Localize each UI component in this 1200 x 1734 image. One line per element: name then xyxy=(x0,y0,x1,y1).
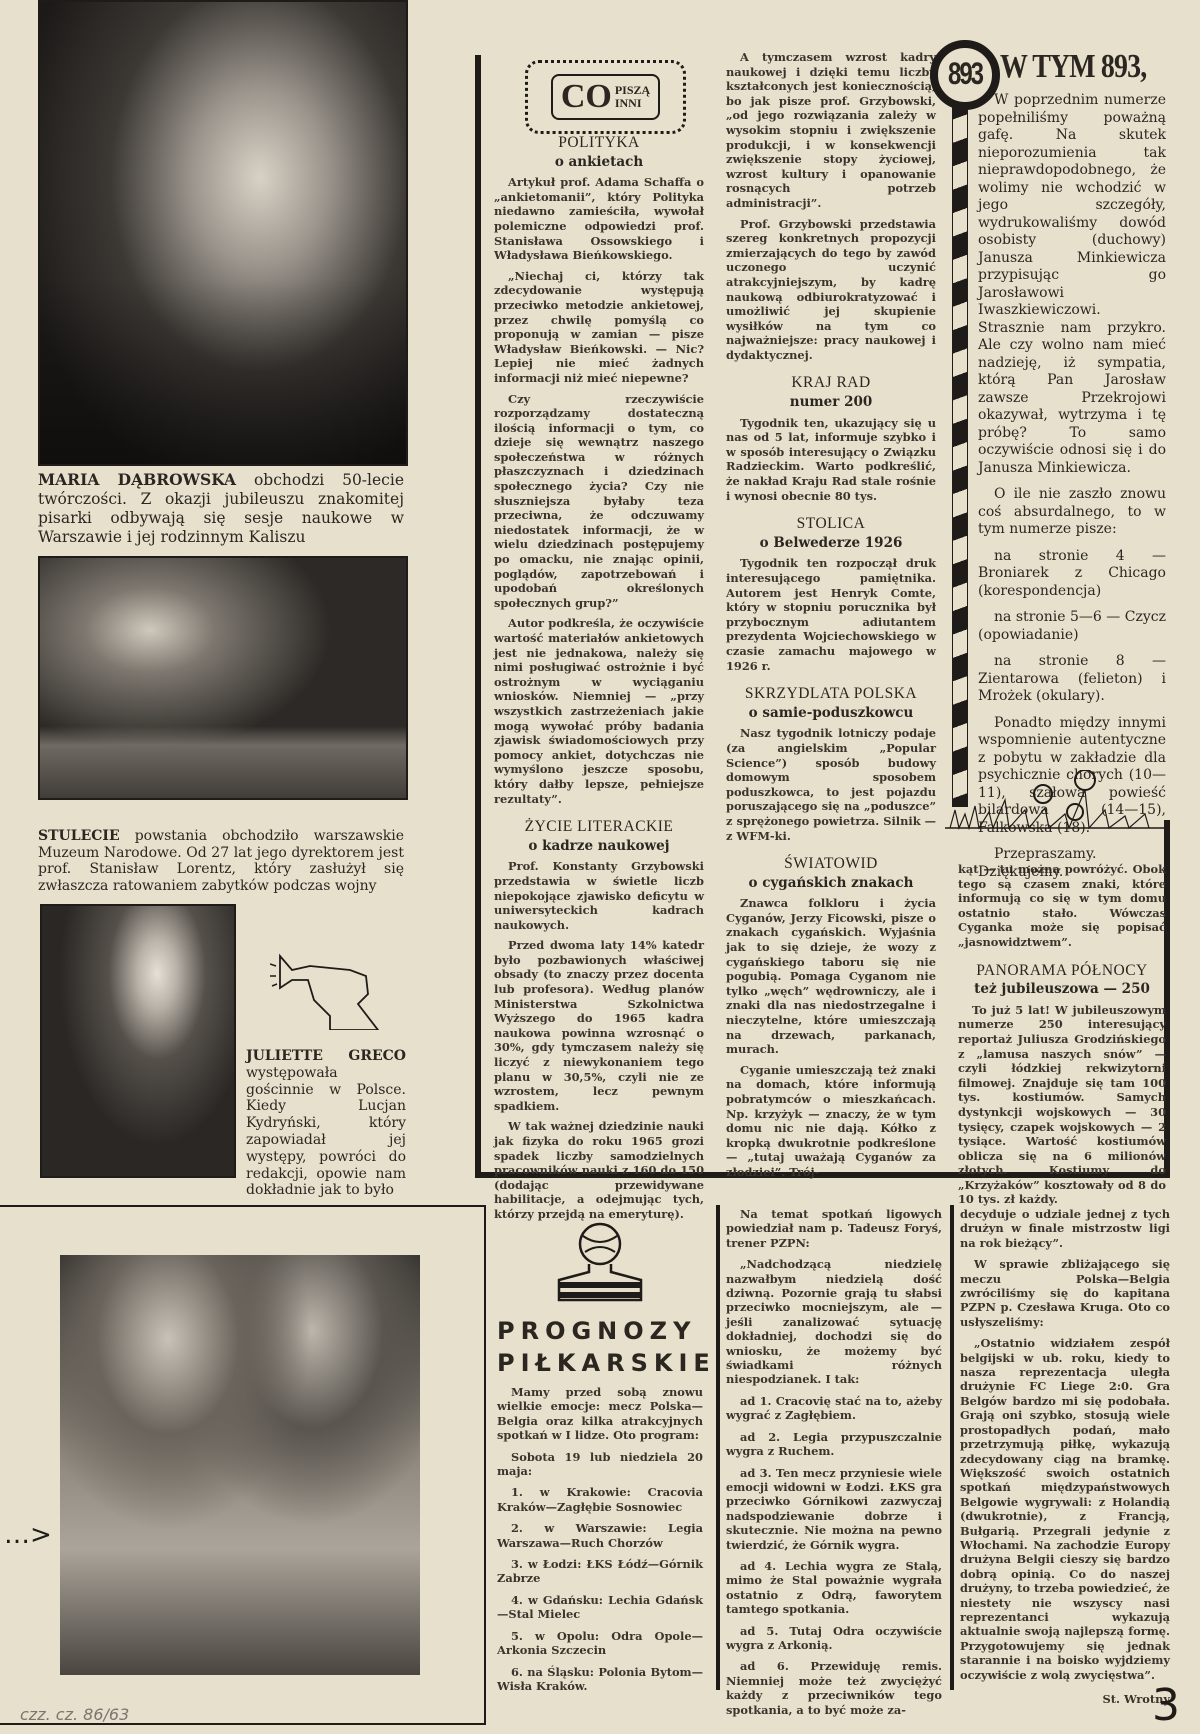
paragraph-intro: Mamy przed sobą znowu wielkie emocje: me… xyxy=(497,1385,703,1443)
paragraph: A tymczasem wzrost kadry naukowej i dzię… xyxy=(726,50,936,211)
caption-text: występowała gościnnie w Polsce. Kiedy Lu… xyxy=(246,1065,406,1199)
match-item: 1. w Krakowie: Cracovia Kraków—Zagłębie … xyxy=(497,1485,703,1514)
paragraph: O ile nie zaszło znowu coś absurdalnego,… xyxy=(978,486,1166,539)
section-subtitle: o samie-poduszkowcu xyxy=(726,706,936,721)
section-subtitle: numer 200 xyxy=(726,395,936,410)
match-date: Sobota 19 lub niedziela 20 maja: xyxy=(497,1450,703,1479)
caption-bold-name: JULIETTE GRECO xyxy=(246,1048,406,1064)
section-subtitle: o cygańskich znakach xyxy=(726,876,936,891)
paragraph: Znawca folkloru i życia Cyganów, Jerzy F… xyxy=(726,896,936,1057)
caption-maria-dabrowska: MARIA DĄBROWSKA obchodzi 50-lecie twórcz… xyxy=(38,470,404,547)
photo-maria-dabrowska xyxy=(38,0,408,466)
paragraph: ad 2. Legia przypuszczalnie wygra z Ruch… xyxy=(726,1430,942,1459)
title-line-1: PROGNOZY xyxy=(497,1315,707,1347)
paragraph: Artykuł prof. Adama Schaffa o „ankietoma… xyxy=(494,175,704,263)
paragraph: na stronie 5—6 — Czycz (opowiadanie) xyxy=(978,609,1166,644)
section-title-zycie-literackie: ŻYCIE LITERACKIE xyxy=(494,820,704,835)
co-pisza-inni-column-2: A tymczasem wzrost kadry naukowej i dzię… xyxy=(726,50,936,1186)
paragraph: W tak ważnej dziedzinie nauki jak fizyka… xyxy=(494,1119,704,1221)
football-player-bust-icon xyxy=(555,1222,645,1302)
photo-muzeum-narodowe xyxy=(38,556,408,800)
paragraph: Przed dwoma laty 14% katedr było pozbawi… xyxy=(494,938,704,1113)
paragraph: decyduje o udziale jednej z tych drużyn … xyxy=(960,1207,1170,1250)
title-line-2: PIŁKARSKIE xyxy=(497,1347,707,1379)
trumpet-hand-illustration xyxy=(270,950,380,1030)
paragraph: „Niechaj ci, którzy tak zdecydowanie wys… xyxy=(494,269,704,386)
paragraph: „Ostatnio widziałem zespół belgijski w u… xyxy=(960,1336,1170,1682)
photo-cyclists xyxy=(60,1255,420,1675)
caption-bold-name: STULECIE xyxy=(38,828,120,844)
sign-number: 893 xyxy=(948,57,982,93)
section-title-kraj-rad: KRAJ RAD xyxy=(726,376,936,391)
match-item: 5. w Opolu: Odra Opole—Arkonia Szczecin xyxy=(497,1629,703,1658)
caption-stulecie: STULECIE powstania obchodziło warszawski… xyxy=(38,828,404,894)
prognozy-column-2: Na temat spotkań ligowych powiedział nam… xyxy=(726,1207,942,1724)
grass-flowers-illustration xyxy=(945,770,1170,830)
match-item: 2. w Warszawie: Legia Warszawa—Ruch Chor… xyxy=(497,1521,703,1550)
archive-stamp: czz. cz. 86/63 xyxy=(20,1705,129,1724)
prognozy-title: PROGNOZY PIŁKARSKIE xyxy=(497,1315,707,1379)
match-item: 3. w Łodzi: ŁKS Łódź—Górnik Zabrze xyxy=(497,1557,703,1586)
paragraph: Prof. Grzybowski przedstawia szereg konk… xyxy=(726,217,936,363)
section-subtitle: też jubileuszowa — 250 xyxy=(958,982,1166,997)
photo-juliette-greco xyxy=(40,904,236,1178)
paragraph: Autor podkreśla, że oczywiście wartość m… xyxy=(494,616,704,806)
paragraph: „Nadchodzącą niedzielę nazwałbym niedzie… xyxy=(726,1257,942,1387)
paragraph: ad 4. Lechia wygra ze Stalą, mimo że Sta… xyxy=(726,1559,942,1617)
caption-juliette-greco: JULIETTE GRECO występowała gościnnie w P… xyxy=(246,1048,406,1199)
paragraph: To już 5 lat! W jubileuszowym numerze 25… xyxy=(958,1003,1166,1207)
paragraph: na stronie 8 — Zientarowa (felieton) i M… xyxy=(978,653,1166,706)
section-subtitle: o kadrze naukowej xyxy=(494,839,704,854)
section-title-skrzydlata-polska: SKRZYDLATA POLSKA xyxy=(726,687,936,702)
paragraph: Tygodnik ten, ukazujący się u nas od 5 l… xyxy=(726,416,936,504)
paragraph: ad 6. Przewiduję remis. Niemniej może te… xyxy=(726,1659,942,1717)
paragraph: W poprzednim numerze popełniliśmy poważn… xyxy=(978,92,1166,477)
page-number: 3 xyxy=(1152,1680,1180,1731)
paragraph: W sprawie zbliżającego się meczu Polska—… xyxy=(960,1257,1170,1329)
paragraph: Przepraszamy. Dziękujemy. xyxy=(978,846,1166,881)
paragraph: ad 3. Ten mecz przyniesie wiele emocji w… xyxy=(726,1466,942,1552)
arrow-pointer-icon: …> xyxy=(4,1520,52,1550)
match-item: 4. w Gdańsku: Lechia Gdańsk—Stal Mielec xyxy=(497,1593,703,1622)
box-left-border xyxy=(475,55,481,1175)
paragraph: Cyganie umieszczają też znaki na domach,… xyxy=(726,1063,936,1180)
match-item: 6. na Śląsku: Polonia Bytom—Wisła Kraków… xyxy=(497,1665,703,1694)
co-pisza-inni-logo: CO PISZĄ INNI xyxy=(525,60,686,134)
paragraph: Nasz tygodnik lotniczy podaje (za angiel… xyxy=(726,726,936,843)
prognozy-column-3: decyduje o udziale jednej z tych drużyn … xyxy=(960,1207,1170,1713)
prognozy-box-left xyxy=(716,1205,720,1690)
section-subtitle: o ankietach xyxy=(494,155,704,170)
paragraph: na stronie 4 — Broniarek z Chicago (kore… xyxy=(978,548,1166,601)
logo-inni: INNI xyxy=(615,97,650,110)
section-title-stolica: STOLICA xyxy=(726,517,936,532)
logo-co: CO xyxy=(561,78,612,116)
w-tym-893-title: W TYM 893, xyxy=(1000,48,1146,86)
prognozy-box-divider xyxy=(950,1205,954,1690)
caption-bold-name: MARIA DĄBROWSKA xyxy=(38,470,236,489)
section-title-polityka: POLITYKA xyxy=(494,136,704,151)
paragraph: Prof. Konstanty Grzybowski przedstawia w… xyxy=(494,859,704,932)
paragraph: Tygodnik ten rozpoczął druk interesujące… xyxy=(726,556,936,673)
paragraph: ad 5. Tutaj Odra oczywiście wygra z Arko… xyxy=(726,1624,942,1653)
co-pisza-inni-column-1: POLITYKA o ankietach Artykuł prof. Adama… xyxy=(494,136,704,1228)
paragraph: Na temat spotkań ligowych powiedział nam… xyxy=(726,1207,942,1250)
paragraph: Czy rzeczywiście rozporządzamy dostatecz… xyxy=(494,392,704,611)
sign-pole xyxy=(952,95,968,807)
section-subtitle: o Belwederze 1926 xyxy=(726,536,936,551)
section-title-panorama-polnocy: PANORAMA PÓŁNOCY xyxy=(958,964,1166,979)
author-signature: St. Wrotny xyxy=(960,1692,1170,1706)
paragraph: ad 1. Cracovię stać na to, ażeby wygrać … xyxy=(726,1394,942,1423)
co-pisza-inni-column-3: kąt — tu można powróżyć. Obok tego są cz… xyxy=(958,862,1166,1213)
prognozy-column-1: Mamy przed sobą znowu wielkie emocje: me… xyxy=(497,1385,703,1700)
section-title-swiatowid: ŚWIATOWID xyxy=(726,857,936,872)
